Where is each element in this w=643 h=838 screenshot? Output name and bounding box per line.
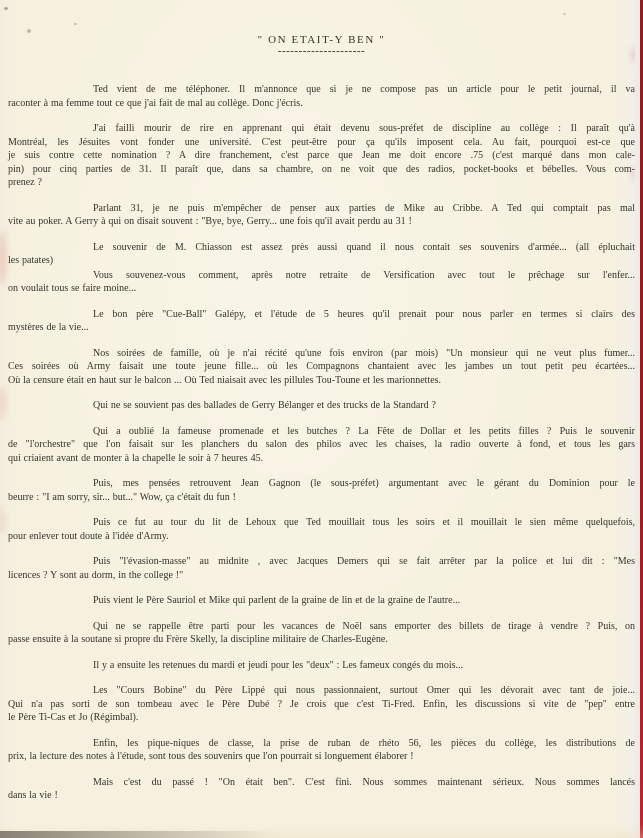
text-line: Qui a oublié la fameuse promenade et les… <box>8 425 635 439</box>
text-line: raconter à ma femme tout ce que j'ai fai… <box>8 97 635 111</box>
text-line: mystères de la vie... <box>8 321 635 335</box>
document-header: " ON ETAIT-Y BEN " --------------------- <box>0 0 643 56</box>
paper-speck <box>563 13 566 15</box>
text-line: pour enlever tout doute à l'idée d'Army. <box>8 530 635 544</box>
paragraph: Parlant 31, je ne puis m'empêcher de pen… <box>8 202 635 229</box>
text-line: Où la censure était en haut sur le balco… <box>8 374 635 388</box>
text-line: Parlant 31, je ne puis m'empêcher de pen… <box>8 202 635 216</box>
paragraph: Il y a ensuite les retenues du mardi et … <box>8 659 635 673</box>
paragraph: Qui ne se rappelle être parti pour les v… <box>8 620 635 647</box>
text-line: Puis "l'évasion-masse" au midnite , avec… <box>8 555 635 569</box>
text-line: Puis vient le Père Sauriol et Mike qui p… <box>8 594 635 608</box>
text-line: Ces soirées où Army faisait une toute je… <box>8 360 635 374</box>
scanned-document-page: " ON ETAIT-Y BEN " ---------------------… <box>0 0 643 838</box>
paper-speck <box>4 7 8 10</box>
paragraph: Qui a oublié la fameuse promenade et les… <box>8 425 635 466</box>
text-line: J'ai failli mourir de rire en apprenant … <box>8 122 635 136</box>
text-line: le Père Ti-Cas et Jo (Régimbal). <box>8 711 635 725</box>
text-line: de "l'orchestre" que l'on faisait sur le… <box>8 438 635 452</box>
title-underline: --------------------- <box>0 47 643 56</box>
text-line: beurre : "I am sorry, sir... but..." Wow… <box>8 491 635 505</box>
text-line: dans la vie ! <box>8 789 635 803</box>
text-line: Les "Cours Bobine" du Père Lippé qui nou… <box>8 684 635 698</box>
text-line: licences ? Y sont au dorm, in the colleg… <box>8 569 635 583</box>
paragraph: Enfin, les pique-niques de classe, la pr… <box>8 737 635 764</box>
text-line: Vous souvenez-vous comment, après notre … <box>8 269 635 283</box>
text-line: prenez ? <box>8 176 635 190</box>
text-line: vite au poker. A Gerry à qui on disait s… <box>8 215 635 229</box>
text-line: Qui n'a pas sorti de son tombeau avec le… <box>8 698 635 712</box>
paragraph: Nos soirées de famille, où je n'ai récit… <box>8 347 635 388</box>
paragraph: Vous souvenez-vous comment, après notre … <box>8 269 635 296</box>
paper-speck <box>27 29 31 33</box>
document-body: Ted vient de me téléphoner. Il m'annonce… <box>8 83 635 803</box>
text-line: les patates) <box>8 254 635 268</box>
pink-smudge <box>0 508 5 534</box>
text-line: on voulait tous se faire moine... <box>8 282 635 296</box>
pink-smudge <box>0 386 6 420</box>
paragraph: Le souvenir de M. Chiasson est assez prè… <box>8 241 635 268</box>
text-line: passe ensuite à la soutane si propre du … <box>8 633 635 647</box>
text-line: Qui ne se rappelle être parti pour les v… <box>8 620 635 634</box>
paragraph: Puis vient le Père Sauriol et Mike qui p… <box>8 594 635 608</box>
text-line: Montréal, les Jésuites vont fonder une u… <box>8 136 635 150</box>
text-line: pin) pour cinq parties de 31. Il paraît … <box>8 163 635 177</box>
text-line: Qui ne se souvient pas des ballades de G… <box>8 399 635 413</box>
pink-smudge <box>0 232 7 284</box>
paper-speck <box>74 23 77 25</box>
text-line: Il y a ensuite les retenues du mardi et … <box>8 659 635 673</box>
paragraph: Le bon père "Cue-Ball" Galépy, et l'étud… <box>8 308 635 335</box>
scan-bottom-shadow <box>0 831 290 838</box>
paragraph: Puis ce fut au tour du lit de Lehoux que… <box>8 516 635 543</box>
paragraph: Puis "l'évasion-masse" au midnite , avec… <box>8 555 635 582</box>
text-line: je suis contre cette nomination ? A dire… <box>8 149 635 163</box>
paragraph: Mais c'est du passé ! "On était ben". C'… <box>8 776 635 803</box>
text-line: Ted vient de me téléphoner. Il m'annonce… <box>8 83 635 97</box>
paragraph: J'ai failli mourir de rire en apprenant … <box>8 122 635 190</box>
text-line: Mais c'est du passé ! "On était ben". C'… <box>8 776 635 790</box>
text-line: prix, la lecture des notes à l'étude, so… <box>8 750 635 764</box>
text-line: Le souvenir de M. Chiasson est assez prè… <box>8 241 635 255</box>
text-line: Nos soirées de famille, où je n'ai récit… <box>8 347 635 361</box>
paragraph: Puis, mes pensées retrouvent Jean Gagnon… <box>8 477 635 504</box>
text-line: Enfin, les pique-niques de classe, la pr… <box>8 737 635 751</box>
text-line: Le bon père "Cue-Ball" Galépy, et l'étud… <box>8 308 635 322</box>
paragraph: Ted vient de me téléphoner. Il m'annonce… <box>8 83 635 110</box>
text-line: qui criaient avant de monter à la chapel… <box>8 452 635 466</box>
paragraph: Qui ne se souvient pas des ballades de G… <box>8 399 635 413</box>
paragraph: Les "Cours Bobine" du Père Lippé qui nou… <box>8 684 635 725</box>
text-line: Puis, mes pensées retrouvent Jean Gagnon… <box>8 477 635 491</box>
text-line: Puis ce fut au tour du lit de Lehoux que… <box>8 516 635 530</box>
